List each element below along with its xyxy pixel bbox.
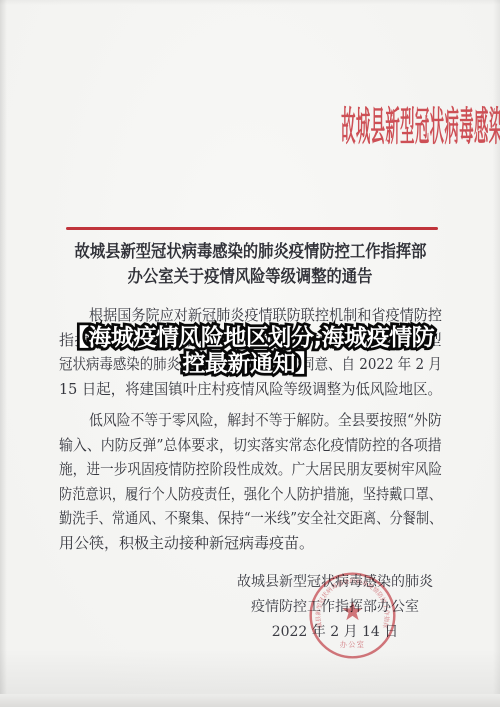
body-line: 低风险不等于零风险，解封不等于解防。全县要按照“外防: [89, 408, 442, 433]
caption-line-2: 控最新通知】: [0, 352, 500, 378]
document-title-line1: 故城县新型冠状病毒感染的肺炎疫情防控工作指挥部: [74, 240, 426, 265]
letterhead-text: 故城县新型冠状病毒感染的肺炎疫情防控工作指挥部办公室: [341, 104, 500, 150]
red-divider-line: [66, 227, 438, 230]
body-line: 用公筷，积极主动接种新冠病毒疫苗。: [59, 531, 314, 556]
body-line: 勤洗手、常通风、不聚集、保持“一米线”安全社交距离、分餐制、: [59, 506, 442, 531]
document-title-line2: 办公室关于疫情风险等级调整的通告: [128, 265, 373, 290]
caption-line-1: 【海城疫情风险地区划分,海城疫情防: [0, 326, 500, 352]
body-line: 15 日起，将建国镇叶庄村疫情风险等级调整为低风险地区。: [59, 377, 442, 402]
seal-bottom-text: 办公室: [340, 640, 366, 649]
document-title: 故城县新型冠状病毒感染的肺炎疫情防控工作指挥部 办公室关于疫情风险等级调整的通告: [0, 239, 500, 289]
overlay-caption: 【海城疫情风险地区划分,海城疫情防 控最新通知】: [0, 326, 500, 377]
letterhead: 故城县新型冠状病毒感染的肺炎疫情防控工作指挥部办公室: [0, 104, 500, 150]
seal-star-icon: [343, 601, 363, 620]
body-line: 防范意识，履行个人防疫责任，强化个人防护措施，坚持戴口罩、: [59, 482, 442, 507]
body-line: 施，进一步巩固疫情防控阶段性成效。广大居民朋友要树牢风险: [59, 457, 442, 482]
body-line: 根据国务院应对新冠肺炎疫情联防联控机制和省疫情防控: [89, 303, 442, 328]
seal-ring-text: 故城县新型冠状病毒感染的肺炎疫情防控工作指挥部: [305, 568, 391, 629]
photographed-notice: 故城县新型冠状病毒感染的肺炎疫情防控工作指挥部办公室 故城县新型冠状病毒感染的肺…: [0, 0, 500, 707]
official-seal: 故城县新型冠状病毒感染的肺炎疫情防控工作指挥部 办公室: [305, 568, 400, 663]
photo-bottom-edge: [0, 694, 500, 707]
body-line: 输入、内防反弹”总体要求，切实落实常态化疫情防控的各项措: [59, 433, 442, 458]
body-paragraph-2: 低风险不等于零风险，解封不等于解防。全县要按照“外防 输入、内防反弹”总体要求，…: [59, 408, 442, 555]
